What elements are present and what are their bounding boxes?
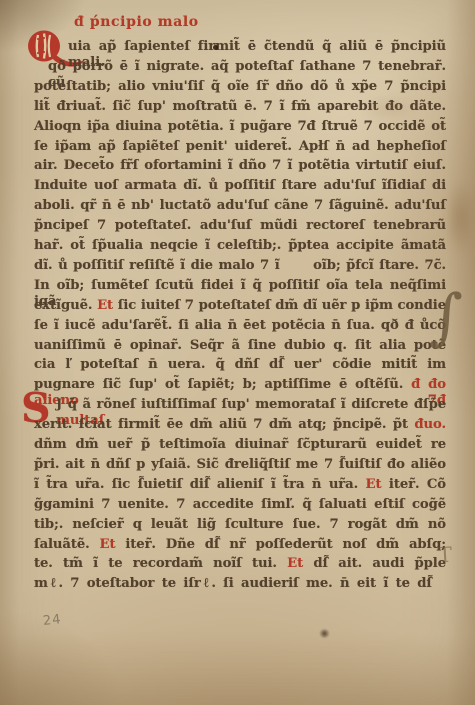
manuscript-text-line: ſe ĩ iucẽ adu'ſarẽt̃. ſi alia n̄ ēet pot… <box>34 318 446 334</box>
text-segment-ink: air. Decet̃o fr̃ſ ofortamini ĩ dño 7 ĩ p… <box>34 158 446 173</box>
manuscript-text-line: extĩguẽ. Et ſic iuiteſ 7 poteſtateſ dm̃ … <box>34 298 446 314</box>
edge-smudge-stain <box>445 180 475 255</box>
ink-dot-stain <box>213 45 218 50</box>
text-segment-red: đuo. <box>414 417 446 432</box>
text-segment-ink: ĩ t̃ra ur̃a. ſic ſ̃uietiſ diſ̃ alieniſ ĩ… <box>34 477 366 492</box>
manuscript-text-line: g̃gamini 7 uenite. 7 accedite ſimľ. q̃ ſ… <box>34 497 446 513</box>
text-segment-ink: dĩ. ů poſſitiſ reſiſtẽ ĩ die malo 7 ĩ oĩ… <box>34 258 446 273</box>
manuscript-text-line: ſaluãtẽ. Et iter̃. Dñe dſ̃ nr̃ poſſederũ… <box>34 537 446 553</box>
manuscript-page: đ ṕncipio malo S uia ap̃ ſapienteſ firmi… <box>0 0 475 705</box>
margin-paragraph-mark-icon: ∫ <box>429 285 463 348</box>
text-segment-ink: p̃ncipeſ 7 poteſtateſ. adu'ſuſ mũdi rect… <box>34 218 446 233</box>
text-segment-ink: te. tm̃ ĩ te recordam̃ noĩſ tui. <box>34 556 287 571</box>
manuscript-text-line: air. Decet̃o fr̃ſ ofortamini ĩ dño 7 ĩ p… <box>34 158 446 174</box>
text-segment-ink: Induite uoſ armata dĩ. ů poſſitiſ ſtare … <box>34 178 446 193</box>
manuscript-text-line: uaniſſimũ ē opinar̃. Seq̃r ã ſine dubio … <box>34 338 446 354</box>
manuscript-text-line: ſe ip̃am ap̃ ſapiẽteſ penit' uideret̃. A… <box>34 139 446 155</box>
text-segment-ink: p̃ri. ait n̄ dñſ p yſaiã. Sic̃ đreliq̃ſt… <box>34 457 446 472</box>
manuscript-text-line: dñm dm̃ uer̃ p̃ teſtimoĩa diuinar̃ ſc̃pt… <box>34 437 446 453</box>
text-segment-ink: poteſtatib; alio vniu'ſiſ q̃ oĩe ſr̃ dño… <box>34 79 446 94</box>
text-segment-red: Et <box>100 537 116 552</box>
text-segment-ink: ſe ĩ iucẽ adu'ſarẽt̃. ſi alia n̄ ēet pot… <box>34 318 446 333</box>
text-segment-ink: ſic iuiteſ 7 poteſtateſ dm̃ dĩ uẽr p ip̃… <box>113 298 446 313</box>
text-segment-ink: xerit. ſciat firmit̃ ēe dm̃ aliũ 7 dm̃ a… <box>34 417 414 432</box>
rubric-heading: đ ṕncipio malo <box>74 14 199 30</box>
text-segment-ink: dñm dm̃ uer̃ p̃ teſtimoĩa diuinar̃ ſc̃pt… <box>34 437 446 452</box>
text-segment-red: Et <box>366 477 382 492</box>
dark-blot-stain <box>319 629 330 638</box>
text-segment-ink: extĩguẽ. <box>34 298 97 313</box>
manuscript-text-line: Induite uoſ armata dĩ. ů poſſitiſ ſtare … <box>34 178 446 194</box>
text-segment-ink: g̃gamini 7 uenite. 7 accedite ſimľ. q̃ ſ… <box>34 497 446 512</box>
text-segment-ink: ſe ip̃am ap̃ ſapiẽteſ penit' uideret̃. A… <box>34 139 446 154</box>
text-segment-ink: har̃. ot̃ ſp̃ualia neqcie ĩ celeſtib;. p… <box>34 238 446 253</box>
manuscript-text-line: dĩ. ů poſſitiſ reſiſtẽ ĩ die malo 7 ĩ oĩ… <box>34 258 446 274</box>
text-segment-ink: pugnare ſic̃ ſup' ot̃ ſapiẽt; b; aptiſſi… <box>34 377 411 392</box>
manuscript-text-line: tib;. neſcier̃ q leuãt lig̃ ſculture ſue… <box>34 517 446 533</box>
faint-smudge-stain <box>360 96 420 122</box>
manuscript-text-line: p̃ncipeſ 7 poteſtateſ. adu'ſuſ mũdi rect… <box>34 218 446 234</box>
text-segment-ink: cia ľ poteſtaſ n̄ uera. q̃ dñſ dſ̃ uer' … <box>34 357 446 372</box>
text-segment-ink: J q̃ ã rõneſ iuſtiſſimaſ ſup' memorataſ … <box>56 397 446 412</box>
text-segment-ink: aboli. qr̃ n̄ ē nb' luctatõ adu'ſuſ cãne… <box>34 198 446 213</box>
text-segment-ink: mℓ. 7 oteſtabor te iſrℓ. ſi audieriſ me.… <box>34 576 432 591</box>
text-segment-ink: tib;. neſcier̃ q leuãt lig̃ ſculture ſue… <box>34 517 446 532</box>
manuscript-text-line: ĩ t̃ra ur̃a. ſic ſ̃uietiſ diſ̃ alieniſ ĩ… <box>34 477 446 493</box>
margin-t-mark-icon: T <box>437 545 452 567</box>
text-segment-ink: iter̃. Dñe dſ̃ nr̃ poſſederũt noſ dm̃ ab… <box>115 537 446 552</box>
manuscript-text-line: poteſtatib; alio vniu'ſiſ q̃ oĩe ſr̃ dño… <box>34 79 446 95</box>
manuscript-text-line: p̃ri. ait n̄ dñſ p yſaiã. Sic̃ đreliq̃ſt… <box>34 457 446 473</box>
manuscript-text-line: te. tm̃ ĩ te recordam̃ noĩſ tui. Et dſ̃ … <box>34 556 446 572</box>
text-segment-ink: ſaluãtẽ. <box>34 537 100 552</box>
text-segment-red: Et <box>287 556 303 571</box>
manuscript-text-line: cia ľ poteſtaſ n̄ uera. q̃ dñſ dſ̃ uer' … <box>34 357 446 373</box>
manuscript-text-line: xerit. ſciat firmit̃ ēe dm̃ aliũ 7 dm̃ a… <box>34 417 446 433</box>
folio-number: 24 <box>42 613 62 629</box>
text-segment-ink: dſ̃ ait. audi p̃ple <box>303 556 446 571</box>
manuscript-text-line: aboli. qr̃ n̄ ē nb' luctatõ adu'ſuſ cãne… <box>34 198 446 214</box>
text-segment-red: Et <box>97 298 113 313</box>
text-segment-ink: uaniſſimũ ē opinar̃. Seq̃r ã ſine dubio … <box>34 338 446 353</box>
manuscript-text-line: har̃. ot̃ ſp̃ualia neqcie ĩ celeſtib;. p… <box>34 238 446 254</box>
manuscript-text-line: mℓ. 7 oteſtabor te iſrℓ. ſi audieriſ me.… <box>34 576 432 592</box>
text-segment-ink: iter̃. Cõ <box>381 477 446 492</box>
